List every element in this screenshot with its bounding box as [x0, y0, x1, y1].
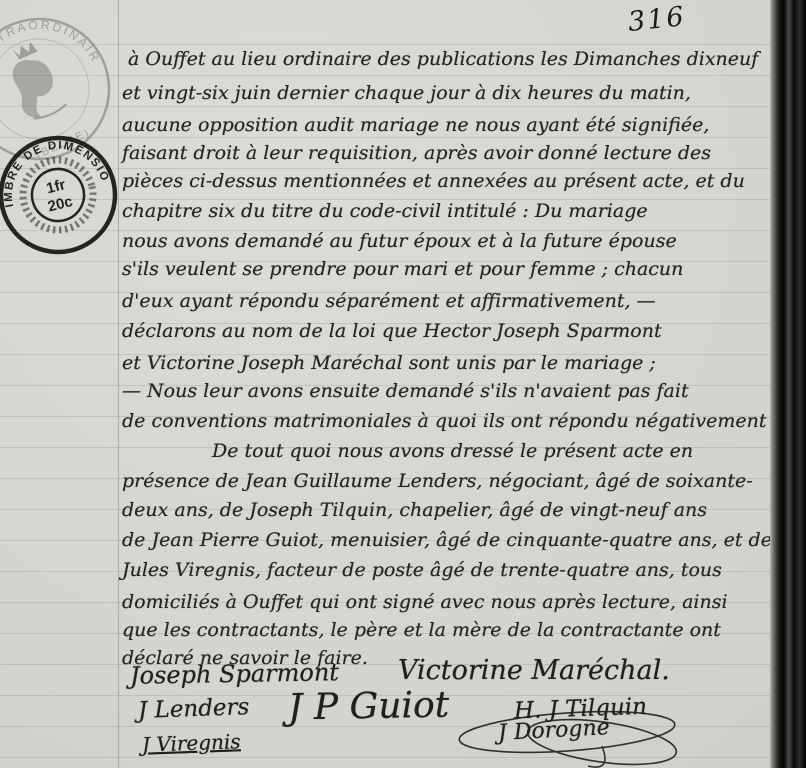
- document-line: d'eux ayant répondu séparément et affirm…: [122, 288, 782, 314]
- signature-witness-lenders: J Lenders: [138, 694, 250, 724]
- document-line: deux ans, de Joseph Tilquin, chapelier, …: [122, 497, 782, 523]
- document-line: et Victorine Joseph Maréchal sont unis p…: [122, 350, 782, 376]
- signature-groom: Joseph Sparmont: [130, 658, 339, 690]
- crowned-lion-icon: [0, 38, 68, 124]
- document-line: de Jean Pierre Guiot, menuisier, âgé de …: [122, 527, 782, 553]
- document-line: De tout quoi nous avons dressé le présen…: [212, 438, 806, 464]
- document-line: aucune opposition audit mariage ne nous …: [122, 112, 782, 138]
- document-line: de conventions matrimoniales à quoi ils …: [122, 408, 782, 434]
- document-line: et vingt-six juin dernier chaque jour à …: [122, 80, 782, 106]
- document-line: Jules Viregnis, facteur de poste âgé de …: [122, 557, 782, 583]
- document-line: — Nous leur avons ensuite demandé s'ils …: [122, 378, 782, 404]
- document-line: nous avons demandé au futur époux et à l…: [122, 228, 782, 254]
- document-line: à Ouffet au lieu ordinaire des publicati…: [128, 46, 788, 72]
- document-line: que les contractants, le père et la mère…: [122, 617, 782, 643]
- document-line: s'ils veulent se prendre pour mari et po…: [122, 256, 782, 282]
- signature-officer: J Dorogne: [497, 715, 610, 746]
- document-line: domiciliés à Ouffet qui ont signé avec n…: [122, 589, 782, 615]
- document-line: déclarons au nom de la loi que Hector Jo…: [122, 318, 782, 344]
- signature-witness-viregnis: J Viregnis: [142, 729, 241, 756]
- document-line: présence de Jean Guillaume Lenders, négo…: [122, 468, 782, 494]
- document-line: faisant droit à leur requisition, après …: [122, 140, 782, 166]
- document-line: pièces ci-dessus mentionnées et annexées…: [122, 168, 782, 194]
- signature-witness-guiot: J P Guiot: [288, 685, 450, 729]
- signature-bride: Victorine Maréchal.: [398, 655, 670, 686]
- document-line: chapitre six du titre du code-civil inti…: [122, 198, 782, 224]
- document-scan: TIMBRE EXTRAORDINAIRE (BELGE) TIMBRE DE …: [0, 0, 806, 768]
- book-binding-edge: [770, 0, 806, 768]
- page-number: 316: [627, 1, 687, 38]
